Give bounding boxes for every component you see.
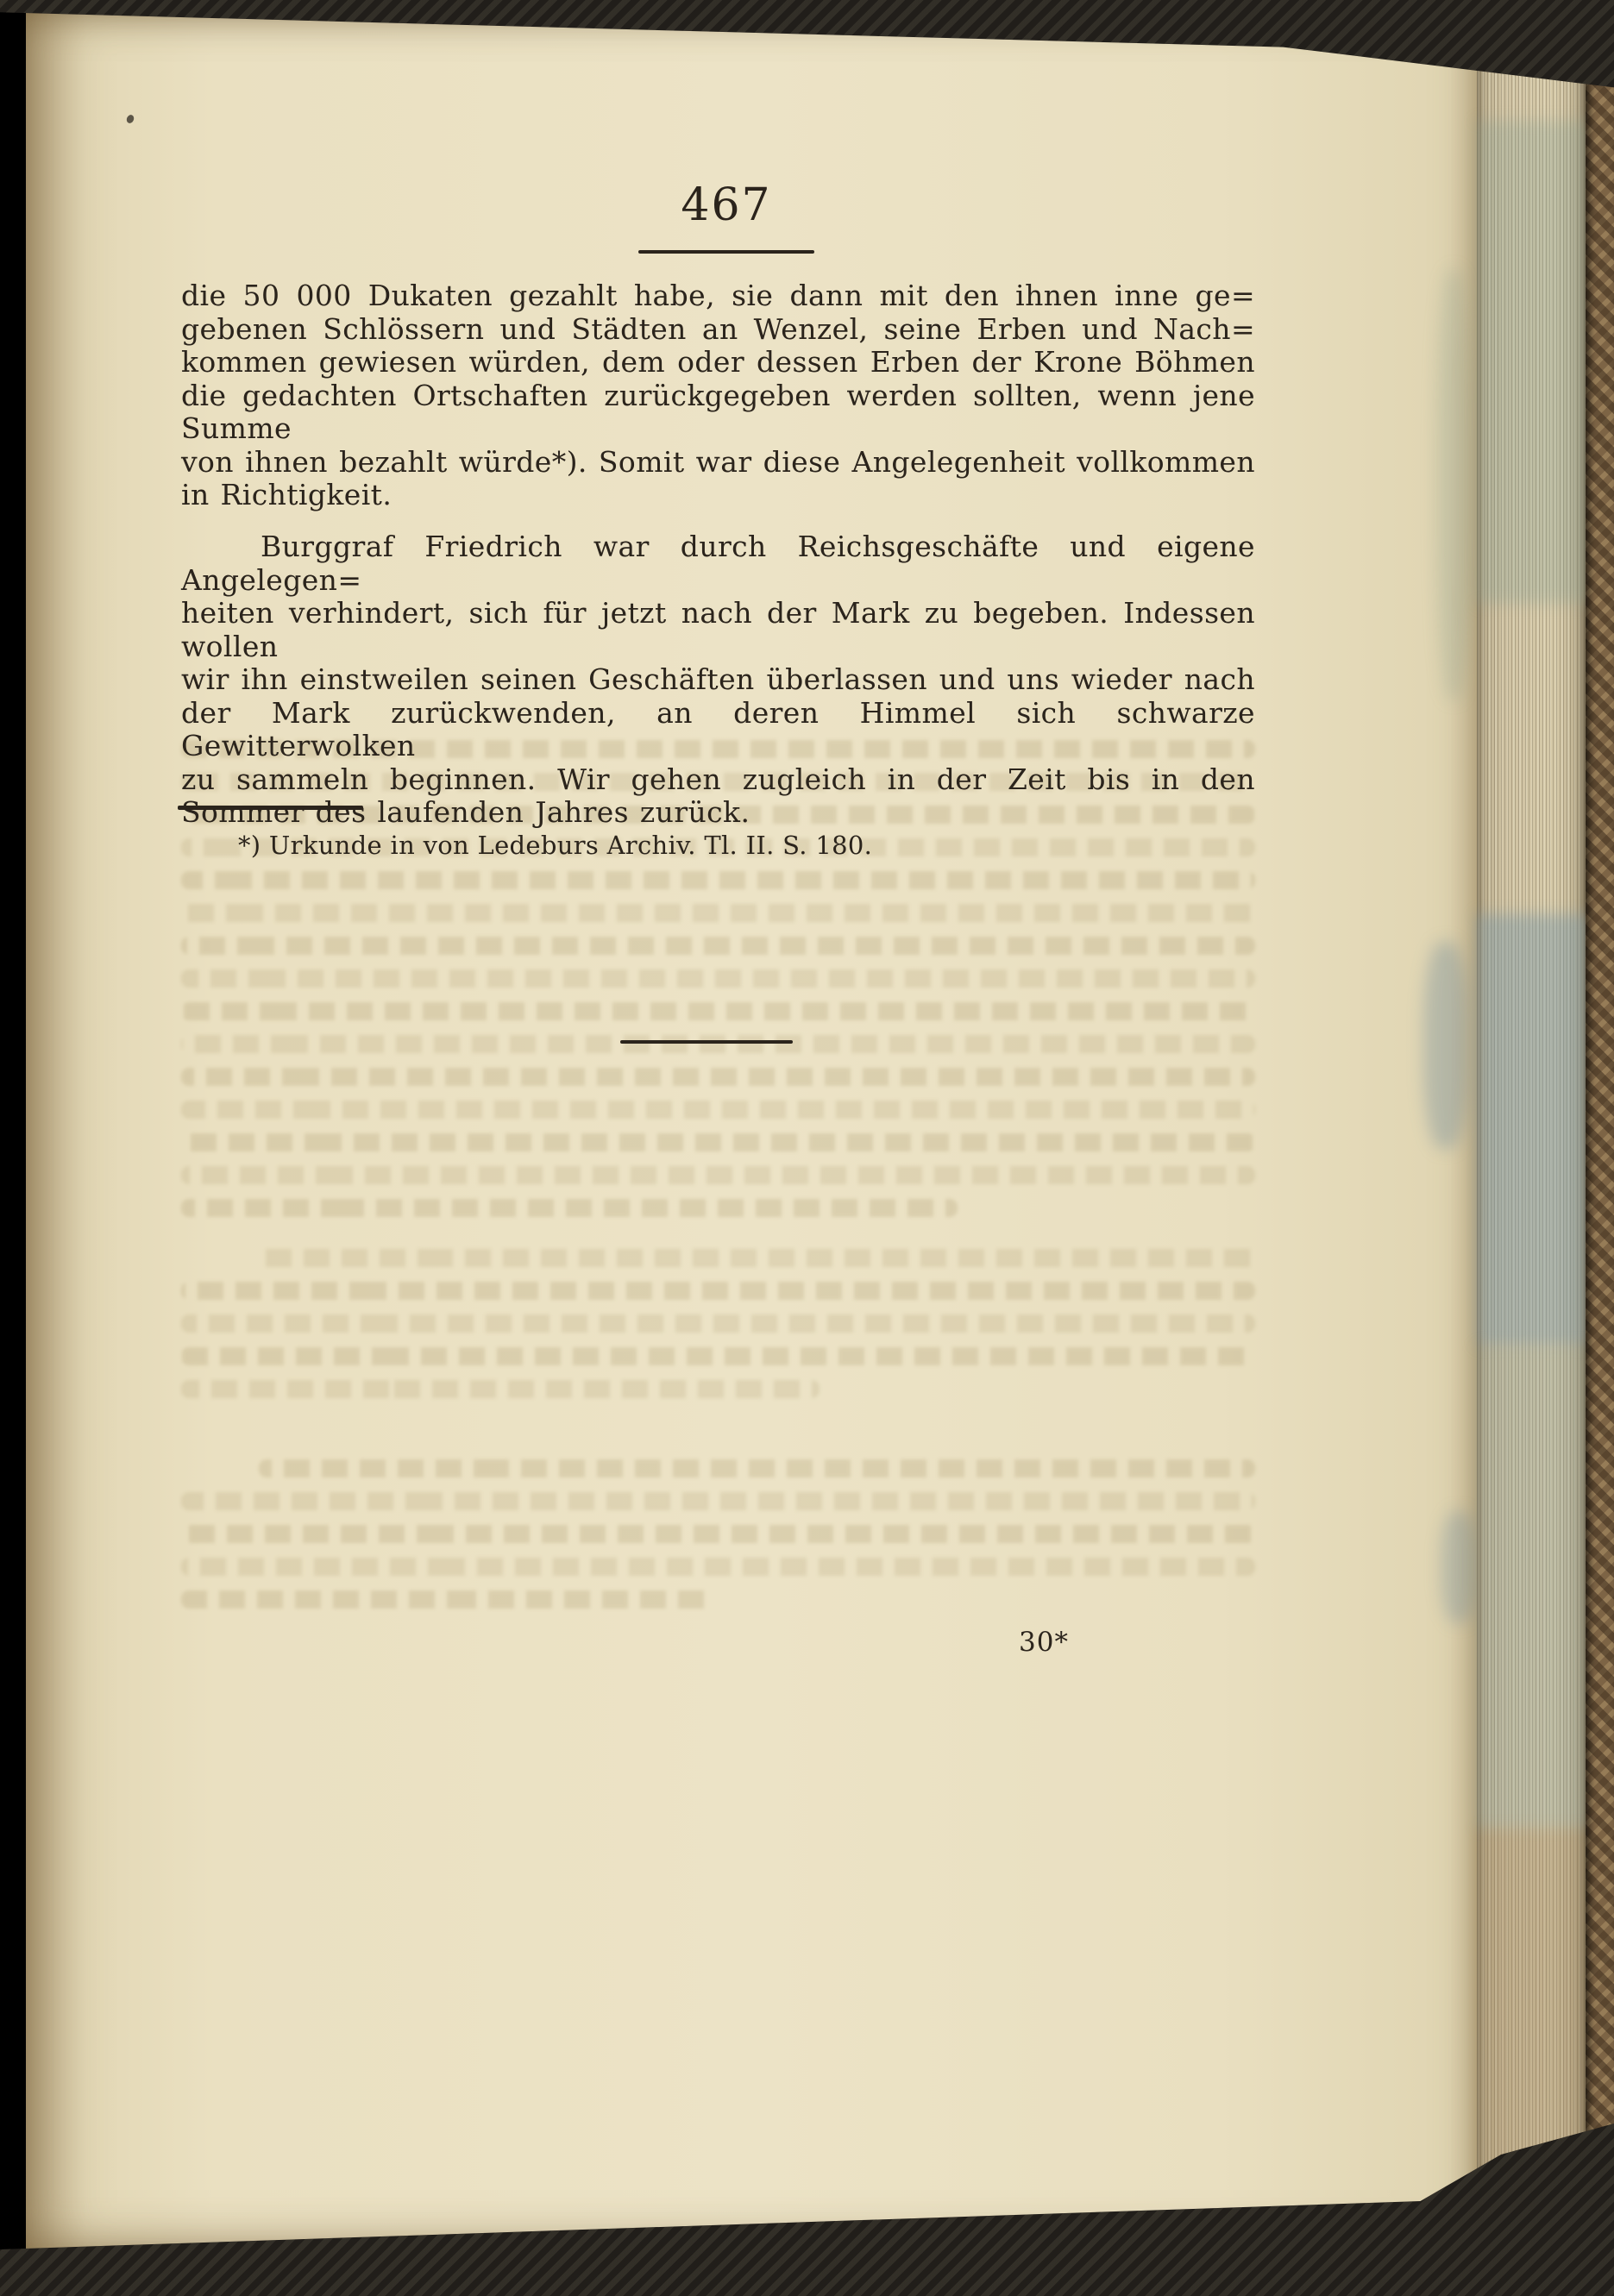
showthrough-text-line xyxy=(259,1249,1255,1267)
showthrough-text-line xyxy=(181,1002,1255,1020)
book-page: 467 die 50 000 Dukaten gezahlt habe, sie… xyxy=(26,10,1479,2255)
text-line: die gedachten Ortschaften zurückgegeben … xyxy=(181,380,1255,446)
text-line: in Richtigkeit. xyxy=(181,479,1255,512)
paragraph-2: Burggraf Friedrich war durch Reichsgesch… xyxy=(181,530,1255,830)
text-line: zu sammeln beginnen. Wir gehen zugleich … xyxy=(181,763,1255,797)
ink-smudge xyxy=(1436,269,1471,700)
book-cover-right-edge xyxy=(1586,0,1614,2296)
text-line: von ihnen bezahlt würde*). Somit war die… xyxy=(181,446,1255,480)
printer-signature-mark: 30* xyxy=(975,1627,1113,1658)
ink-smudge xyxy=(1441,1511,1477,1623)
showthrough-text-line xyxy=(259,1459,1255,1477)
showthrough-text-line xyxy=(181,871,1255,889)
showthrough-text-line xyxy=(181,1347,1255,1365)
text-line: kommen gewiesen würden, dem oder dessen … xyxy=(181,346,1255,380)
showthrough-text-line xyxy=(181,1558,1255,1576)
fore-edge-page-stack xyxy=(1477,0,1587,2296)
ink-smudge xyxy=(1423,942,1468,1149)
showthrough-text-line xyxy=(181,1314,1255,1333)
showthrough-text-line xyxy=(181,969,1255,988)
page-number: 467 xyxy=(638,179,814,231)
showthrough-text-line xyxy=(181,1492,1255,1510)
text-line: Sommer des laufenden Jahres zurück. xyxy=(181,796,1255,830)
showthrough-text-line xyxy=(181,1282,1255,1300)
showthrough-text-line xyxy=(181,1380,820,1398)
footnote-separator-rule xyxy=(178,806,363,810)
showthrough-text-line xyxy=(181,1101,1255,1119)
paragraph-1: die 50 000 Dukaten gezahlt habe, sie dan… xyxy=(181,279,1255,512)
section-divider-rule xyxy=(620,1040,793,1044)
showthrough-text-line xyxy=(181,1525,1255,1543)
showthrough-text-line xyxy=(181,1166,1255,1184)
text-line: Burggraf Friedrich war durch Reichsgesch… xyxy=(181,530,1255,597)
text-line: heiten verhindert, sich für jetzt nach d… xyxy=(181,597,1255,663)
showthrough-text-line xyxy=(181,937,1255,955)
showthrough-text-line xyxy=(181,1068,1255,1086)
showthrough-text-line xyxy=(181,1590,716,1609)
showthrough-text-line xyxy=(181,1035,1255,1053)
showthrough-text-line xyxy=(181,904,1255,922)
fore-edge-tint xyxy=(1477,121,1587,604)
text-line: der Mark zurückwenden, an deren Himmel s… xyxy=(181,697,1255,763)
fore-edge-tint xyxy=(1477,914,1587,1346)
fore-edge-tint xyxy=(1477,1346,1587,1829)
book-scan: 467 die 50 000 Dukaten gezahlt habe, sie… xyxy=(0,0,1614,2296)
text-line: gebenen Schlössern und Städten an Wenzel… xyxy=(181,313,1255,347)
page-number-text: 467 xyxy=(681,179,771,231)
text-line: die 50 000 Dukaten gezahlt habe, sie dan… xyxy=(181,279,1255,313)
showthrough-text-line xyxy=(181,1199,958,1217)
footnote: *) Urkunde in von Ledeburs Archiv. Tl. I… xyxy=(181,830,1255,861)
text-line: wir ihn einstweilen seinen Geschäften üb… xyxy=(181,663,1255,697)
showthrough-text-line xyxy=(181,1133,1255,1151)
scan-left-margin xyxy=(0,0,26,2296)
page-number-underline xyxy=(638,250,814,254)
paper-speck xyxy=(125,114,135,124)
